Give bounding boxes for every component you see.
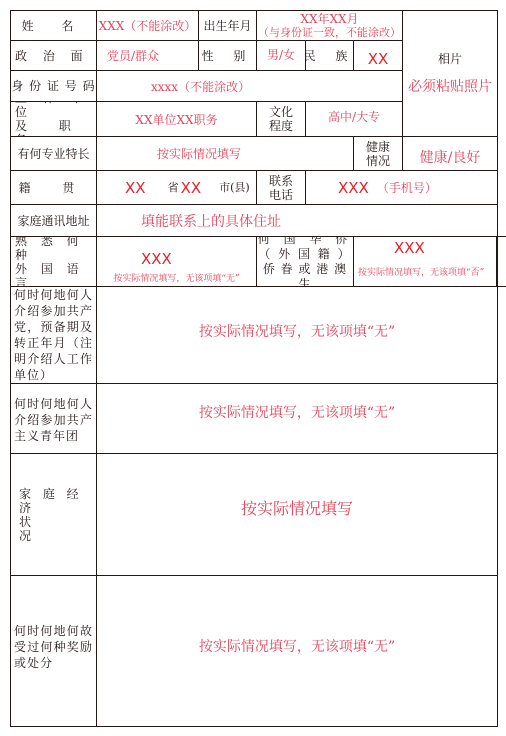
gender-value: 男/女 (267, 46, 295, 63)
phone-label-line2: 电话 (269, 188, 293, 202)
reward-value: 按实际情况填写，无该项填“无” (199, 636, 395, 656)
health-label-line1: 健康 (366, 140, 390, 154)
photo-box[interactable]: 相片 必须粘贴照片 (402, 10, 498, 137)
phone-hint: （手机号） (377, 179, 437, 196)
photo-note: 必须粘贴照片 (408, 76, 492, 96)
id-field[interactable]: xxxx（不能涂改） (96, 70, 403, 102)
name-label: 姓 名 (22, 19, 86, 33)
party-label: 何时何地何人介绍参加共产党，预备期及转正年月（注明介绍人工作单位） (14, 287, 93, 383)
province-unit: 省 (168, 181, 179, 195)
phone-label-cell: 联系 电话 (256, 170, 306, 205)
birth-field[interactable]: XX年XX月 （与身份证一致，不能涂改） (256, 10, 403, 41)
education-value: 高中/大专 (328, 108, 380, 125)
work-value: XX单位XX职务 (135, 111, 217, 128)
city-unit: 市(县) (219, 181, 250, 195)
political-field[interactable]: 党员/群众 (96, 40, 199, 71)
health-label-line2: 情况 (366, 154, 390, 168)
address-label: 家庭通讯地址 (17, 214, 89, 228)
language-value: XXX (141, 250, 172, 268)
league-label: 何时何地何人介绍参加共产主义青年团 (14, 396, 93, 444)
specialty-value: 按实际情况填写 (157, 145, 241, 162)
phone-label-line1: 联系 (269, 174, 293, 188)
education-field[interactable]: 高中/大专 (305, 101, 403, 137)
reward-label-cell: 何时何地何故受过何种奖励或处分 (10, 575, 97, 727)
overseas-label-line2: （ 外 国 籍 ） (258, 247, 351, 262)
political-label-cell: 政 治 面 目 (10, 40, 97, 71)
ethnic-label-cell: 民 族 (305, 40, 354, 71)
name-label-cell: 姓 名 (10, 10, 97, 41)
overseas-label-line3: 侨 眷 或 港 澳 生 (257, 262, 353, 288)
name-value: XXX（不能涂改） (99, 17, 197, 34)
political-label: 政 治 面 目 (15, 49, 97, 63)
reward-label: 何时何地何故受过何种奖励或处分 (14, 623, 93, 671)
party-value: 按实际情况填写，无该项填“无” (199, 321, 395, 341)
work-label-line1: 工 作 单 位 (15, 101, 92, 119)
education-label-line1: 文化 (269, 105, 293, 119)
id-value: xxxx（不能涂改） (151, 78, 250, 95)
origin-label-cell: 籍 贯 (10, 170, 97, 205)
birth-label: 出生年月 (203, 19, 251, 33)
reward-field[interactable]: 按实际情况填写，无该项填“无” (96, 575, 498, 727)
specialty-label: 有何专业特长 (17, 147, 89, 161)
economy-label-line2: 状 况 (19, 515, 90, 543)
ethnic-value: XX (368, 50, 389, 68)
economy-field[interactable]: 按实际情况填写 (96, 453, 498, 576)
league-field[interactable]: 按实际情况填写，无该项填“无” (96, 383, 498, 454)
work-label-cell: 工 作 单 位 及 职 务 (10, 101, 97, 137)
language-label-cell: 熟 悉 何 种 外 国 语 言 (10, 236, 97, 287)
education-label-line2: 程度 (269, 119, 293, 133)
origin-label: 籍 贯 (19, 181, 89, 195)
province-value: XX (125, 179, 146, 197)
education-label-cell: 文化 程度 (256, 101, 306, 137)
id-label-cell: 身 份 证 号 码 (10, 70, 97, 102)
economy-label-cell: 家 庭 经 济 状 况 (10, 453, 97, 576)
address-field[interactable]: 填能联系上的具体住址 (96, 204, 498, 237)
address-label-cell: 家庭通讯地址 (10, 204, 97, 237)
birth-value: XX年XX月 (300, 13, 358, 26)
economy-value: 按实际情况填写 (241, 496, 353, 519)
health-label-cell: 健康 情况 (353, 136, 403, 171)
id-label: 身 份 证 号 码 (11, 79, 95, 93)
overseas-label-cell: 何 国 华 侨 （ 外 国 籍 ） 侨 眷 或 港 澳 生 (256, 236, 354, 287)
birth-note: （与身份证一致，不能涂改） (258, 26, 401, 39)
name-field[interactable]: XXX（不能涂改） (96, 10, 199, 41)
language-hint: 按实际情况填写，无该项填“无” (113, 271, 239, 284)
overseas-field[interactable]: XXX 按实际情况填写，无该项填“否” (353, 236, 506, 287)
work-label-line2: 及 职 务 (15, 119, 92, 137)
ethnic-label: 民 族 (305, 49, 354, 63)
specialty-label-cell: 有何专业特长 (10, 136, 97, 171)
party-field[interactable]: 按实际情况填写，无该项填“无” (96, 286, 498, 384)
health-field[interactable]: 健康/良好 (402, 136, 498, 171)
language-field[interactable]: XXX 按实际情况填写，无该项填“无” (96, 236, 257, 287)
work-field[interactable]: XX单位XX职务 (96, 101, 257, 137)
league-value: 按实际情况填写，无该项填“无” (199, 402, 395, 422)
photo-label: 相片 (438, 52, 462, 66)
language-label-line2: 外 国 语 言 (15, 262, 92, 288)
ethnic-field[interactable]: XX (353, 40, 403, 71)
specialty-field[interactable]: 按实际情况填写 (96, 136, 354, 171)
birth-label-cell: 出生年月 (198, 10, 257, 41)
overseas-hint: 按实际情况填写，无该项填“否” (358, 265, 484, 278)
gender-label: 性 别 (202, 49, 254, 63)
origin-field[interactable]: XX 省 XX 市(县) (96, 170, 257, 205)
phone-field[interactable]: XXX （手机号） (305, 170, 498, 205)
gender-label-cell: 性 别 (198, 40, 257, 71)
overseas-label-line1: 何 国 华 侨 (258, 236, 352, 247)
language-label-line1: 熟 悉 何 种 (15, 236, 92, 262)
political-value: 党员/群众 (107, 47, 159, 64)
party-label-cell: 何时何地何人介绍参加共产党，预备期及转正年月（注明介绍人工作单位） (10, 286, 97, 384)
economy-label-line1: 家 庭 经 济 (19, 487, 90, 515)
league-label-cell: 何时何地何人介绍参加共产主义青年团 (10, 383, 97, 454)
overseas-value: XXX (394, 239, 425, 257)
health-value: 健康/良好 (420, 147, 481, 167)
city-value: XX (181, 179, 202, 197)
overseas-right-border (496, 236, 498, 287)
gender-field[interactable]: 男/女 (256, 40, 306, 71)
address-value: 填能联系上的具体住址 (141, 211, 281, 231)
phone-value: XXX (338, 179, 369, 197)
